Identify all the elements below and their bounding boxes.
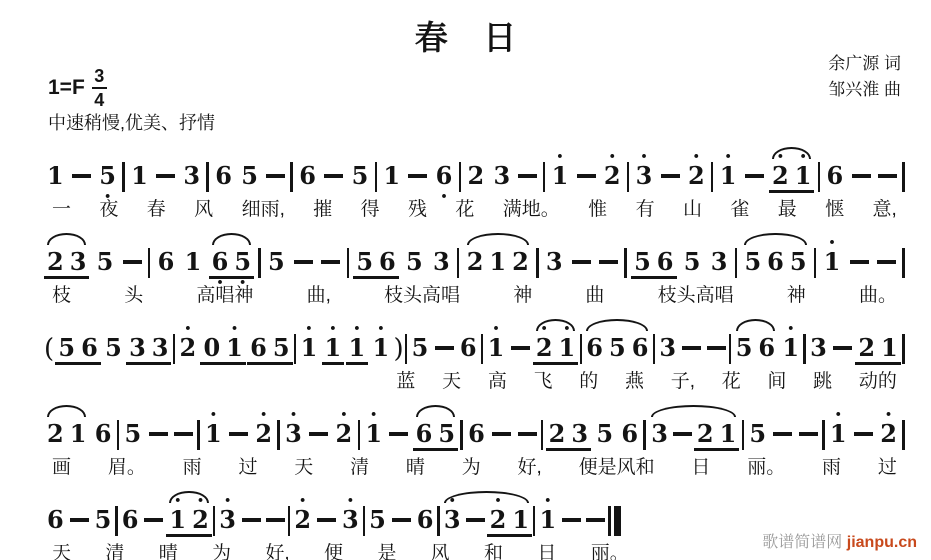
lyric-syllable: 花: [722, 371, 741, 393]
note: 2: [464, 248, 487, 276]
lyrics-row: 枝头高唱神曲,枝头高唱神曲枝头高唱神曲。: [44, 285, 905, 307]
dash-extension: [322, 162, 345, 190]
note: 5: [787, 248, 810, 276]
note-group: [490, 420, 513, 448]
note-group: 56: [55, 334, 100, 365]
dash-extension: [771, 420, 794, 448]
lyric-syllable: 天: [52, 543, 71, 560]
note-group: 5: [593, 420, 616, 448]
dash-extension: [68, 506, 91, 534]
note-group: 3: [656, 334, 679, 362]
note-group: 1•: [779, 334, 802, 362]
note: 5: [741, 248, 764, 276]
octave-dot-above: •: [252, 411, 275, 419]
note: 3: [656, 334, 679, 362]
lyric-syllable: 过: [238, 457, 257, 479]
lyric-syllable: 子,: [671, 371, 695, 393]
lyric-syllable: 有: [636, 199, 655, 221]
note-group: 1: [182, 248, 205, 276]
note: 5•: [231, 248, 254, 276]
beam-underline: 23: [44, 248, 89, 279]
note: 6: [92, 420, 115, 448]
note: 2•: [533, 334, 556, 362]
lyric-syllable: 间: [767, 371, 786, 393]
beam-underline: 01•: [200, 334, 245, 365]
lyric-syllable: 的: [579, 371, 598, 393]
note: 2: [855, 334, 878, 362]
note: 2•: [877, 420, 900, 448]
beam-underline: 56: [55, 334, 100, 365]
note-group: 6: [212, 162, 235, 190]
dash-extension: [154, 162, 177, 190]
slur-arc: [47, 233, 86, 245]
note-group: [516, 162, 539, 190]
watermark: 歌谱简谱网 jianpu.cn: [762, 529, 917, 552]
lyric-syllable: 过: [878, 457, 897, 479]
octave-dot-above: •: [166, 497, 189, 505]
note: 5: [403, 248, 426, 276]
note: 2•: [177, 334, 200, 362]
note-group: [852, 420, 875, 448]
note-group: 321: [648, 420, 739, 451]
barline: [711, 162, 714, 192]
lyric-syllable: 山: [683, 199, 702, 221]
note: 6: [654, 248, 677, 276]
note: 5: [270, 334, 293, 362]
final-barline-thin: [608, 506, 611, 536]
lyric-syllable: 枝头高唱: [384, 285, 460, 307]
lyric-syllable: 是: [377, 543, 396, 560]
dash-extension: [560, 506, 583, 534]
dash-extension: [121, 248, 144, 276]
lyric-syllable: 日: [537, 543, 556, 560]
note-group: 1•: [536, 506, 559, 534]
lyric-syllable: 雨: [822, 457, 841, 479]
note: 2•: [685, 162, 708, 190]
note-group: 3: [490, 162, 513, 190]
note-group: 3•: [282, 420, 305, 448]
lyric-syllable: 便是风和: [579, 457, 655, 479]
note-group: 5: [122, 420, 145, 448]
note-group: 3•: [339, 506, 362, 534]
note: 1: [44, 162, 67, 190]
barline: [206, 162, 209, 192]
barline: [481, 334, 484, 364]
note-group: 1•: [821, 248, 844, 276]
note: 3: [149, 334, 172, 362]
octave-dot-above: •: [332, 411, 355, 419]
key-label: 1=F: [48, 76, 85, 100]
note: 5: [746, 420, 769, 448]
note: 5: [631, 248, 654, 276]
note-group: [575, 162, 598, 190]
lyric-syllable: 惟: [588, 199, 607, 221]
note: 3: [543, 248, 566, 276]
lyric-syllable: 风: [194, 199, 213, 221]
lyric-syllable: 为: [212, 543, 231, 560]
notes-row: 235616•5•55653212356535651•: [44, 231, 905, 277]
octave-dot-above: •: [441, 497, 464, 505]
note: 1•: [536, 506, 559, 534]
lyric-syllable: 摧: [313, 199, 332, 221]
note-group: 5: [238, 162, 261, 190]
dash-extension: [848, 248, 871, 276]
note-group: 1•: [298, 334, 321, 362]
notes-row: 15•13656516•231•2•3•2•1•2•1•6: [44, 145, 905, 191]
note: 5: [238, 162, 261, 190]
dash-extension: [240, 506, 263, 534]
note: 5: [409, 334, 432, 362]
note-group: 3•2•1: [441, 506, 532, 537]
note-group: 1•: [549, 162, 572, 190]
octave-dot-above: •: [877, 411, 900, 419]
note-group: 6: [465, 420, 488, 448]
note-group: 6: [119, 506, 142, 534]
dash-extension: [264, 162, 287, 190]
note: 6: [824, 162, 847, 190]
note: 6•: [209, 248, 232, 276]
octave-dot-below: •: [433, 193, 456, 201]
note: 3•: [441, 506, 464, 537]
note: 6•: [433, 162, 456, 190]
octave-dot-above: •: [189, 497, 212, 505]
note: 2: [546, 420, 569, 448]
dash-extension: [850, 162, 873, 190]
final-barline: [608, 506, 621, 536]
score-subheader: 1=F 3 4 余广源 词 邹兴淮 曲: [0, 59, 931, 109]
note-group: 56: [353, 248, 398, 279]
note: 1: [486, 248, 509, 276]
note-group: [850, 162, 873, 190]
note-group: 6: [296, 162, 319, 190]
beam-underline: 56: [353, 248, 398, 279]
note-group: [509, 334, 532, 362]
parenthesis: (: [44, 334, 54, 364]
lyric-syllable: 天: [294, 457, 313, 479]
lyric-syllable: 画: [52, 457, 71, 479]
note-group: 2•: [252, 420, 275, 448]
lyric-syllable: 天: [442, 371, 461, 393]
note-group: [848, 248, 871, 276]
note-group: 5: [94, 248, 117, 276]
note: 1•: [827, 420, 850, 448]
octave-dot-above: •: [485, 325, 508, 333]
dash-extension: [292, 248, 315, 276]
beam-underline: 1•: [346, 334, 369, 365]
note-group: 212: [464, 248, 532, 276]
note: 6: [413, 420, 436, 448]
note: 2: [44, 420, 67, 448]
dash-extension: [597, 248, 620, 276]
note: 3•: [282, 420, 305, 448]
barline: [460, 420, 463, 450]
note-group: 5•: [96, 162, 119, 190]
note-group: 01•: [200, 334, 245, 365]
note-group: [831, 334, 854, 362]
song-title: 春 日: [0, 0, 931, 59]
lyric-syllable: 晴: [406, 457, 425, 479]
lyric-syllable: 好,: [518, 457, 542, 479]
note: 5: [681, 248, 704, 276]
barline: [213, 506, 216, 536]
barline: [115, 506, 118, 536]
lyric-syllable: 跳: [813, 371, 832, 393]
note: 0: [200, 334, 223, 362]
octave-dot-above: •: [298, 325, 321, 333]
parenthesis: ): [393, 334, 403, 364]
note-group: 56: [631, 248, 676, 279]
barline: [902, 420, 905, 450]
note: 1: [128, 162, 151, 190]
barline: [258, 248, 261, 278]
note: 6: [583, 334, 606, 362]
note-group: [319, 248, 342, 276]
lyric-syllable: 晴: [159, 543, 178, 560]
note: 2: [694, 420, 717, 448]
watermark-site-name: 歌谱简谱网: [762, 534, 842, 551]
lyrics-row: 一夜春风细雨,摧得残花满地。惟有山雀最惬意,: [44, 199, 905, 221]
barline: [729, 334, 732, 364]
note-group: 3: [430, 248, 453, 276]
note-group: 3•: [216, 506, 239, 534]
note-group: 65: [247, 334, 292, 365]
lyric-syllable: 满地。: [503, 199, 560, 221]
dash-extension: [319, 248, 342, 276]
note: 6: [78, 334, 101, 362]
note-group: [227, 420, 250, 448]
barline: [148, 248, 151, 278]
barline: [814, 248, 817, 278]
barline: [543, 162, 546, 192]
note-group: 3: [180, 162, 203, 190]
fraction-line: [92, 87, 107, 89]
beam-underline: 6•5•: [209, 248, 254, 279]
note-group: [142, 506, 165, 534]
dash-extension: [516, 420, 539, 448]
note: 2•: [601, 162, 624, 190]
octave-dot-above: •: [339, 497, 362, 505]
note: 1•: [779, 334, 802, 362]
octave-dot-above: •: [633, 153, 656, 161]
beam-underline: 33: [126, 334, 171, 365]
octave-dot-below: •: [231, 279, 254, 287]
note: 5: [606, 334, 629, 362]
final-barline-thick: [614, 506, 621, 536]
note-group: 565: [741, 248, 809, 276]
dash-extension: [509, 334, 532, 362]
slur-arc: [212, 233, 251, 245]
note-group: 6•5•: [209, 248, 254, 279]
note-group: 3: [807, 334, 830, 362]
note-group: [876, 162, 899, 190]
note: 3: [568, 420, 591, 448]
note-group: [390, 506, 413, 534]
note: 5: [353, 248, 376, 276]
note: 3•: [216, 506, 239, 534]
note-group: [264, 506, 287, 534]
lyric-syllable: 曲: [585, 285, 604, 307]
lyric-syllable: 神: [787, 285, 806, 307]
note-group: [154, 162, 177, 190]
lyric-syllable: 意,: [873, 199, 897, 221]
note-group: 3: [543, 248, 566, 276]
barline: [457, 248, 460, 278]
sheet-music-page: 春 日 1=F 3 4 余广源 词 邹兴淮 曲 中速稍慢,优美、抒情 15•13…: [0, 0, 931, 560]
beam-underline: 2•1•: [769, 162, 814, 193]
note-group: 6: [457, 334, 480, 362]
barline: [643, 420, 646, 450]
note-group: 65: [413, 420, 458, 451]
composer-credit: 邹兴淮 曲: [828, 77, 901, 103]
lyricist-credit: 余广源 词: [828, 51, 901, 77]
lyric-syllable: 好,: [265, 543, 289, 560]
note-group: [560, 506, 583, 534]
dash-extension: [142, 506, 165, 534]
octave-dot-above: •: [601, 153, 624, 161]
note-group: [68, 506, 91, 534]
note: 3: [648, 420, 671, 451]
beam-underline: 23: [546, 420, 591, 451]
note: 2•: [291, 506, 314, 534]
note-group: 1•2•: [166, 506, 211, 537]
note: 1: [509, 506, 532, 534]
barline: [363, 506, 366, 536]
note-group: 5: [681, 248, 704, 276]
octave-dot-above: •: [223, 325, 246, 333]
score-system-1: 15•13656516•231•2•3•2•1•2•1•6 一夜春风细雨,摧得残…: [44, 145, 905, 221]
dash-extension: [70, 162, 93, 190]
beam-underline: 65: [413, 420, 458, 451]
note: 5: [55, 334, 78, 362]
note-group: [315, 506, 338, 534]
lyric-syllable: 清: [350, 457, 369, 479]
note-group: 5: [366, 506, 389, 534]
lyric-syllable: 雨: [183, 457, 202, 479]
dash-extension: [875, 248, 898, 276]
octave-dot-above: •: [369, 325, 392, 333]
note-group: 2•: [332, 420, 355, 448]
note: 2: [509, 248, 532, 276]
barline: [290, 162, 293, 192]
lyrics-row: 天清晴为好,便是风和日丽。: [44, 543, 637, 560]
note: 6: [376, 248, 399, 276]
lyric-syllable: 眉。: [108, 457, 146, 479]
lyric-syllable: 为: [462, 457, 481, 479]
lyrics-row: 蓝天高飞的燕子,花间跳动的: [388, 371, 905, 393]
note: 2•: [487, 506, 510, 534]
note: 3: [126, 334, 149, 362]
note-group: 5: [102, 334, 125, 362]
note: 6: [629, 334, 652, 362]
octave-dot-below: •: [96, 193, 119, 201]
slur-arc: [736, 319, 775, 331]
note: 5: [102, 334, 125, 362]
note-group: [264, 162, 287, 190]
note: 1•: [202, 420, 225, 448]
note: 6: [247, 334, 270, 362]
dash-extension: [852, 420, 875, 448]
note-group: [875, 248, 898, 276]
note-group: [659, 162, 682, 190]
barline: [902, 334, 905, 364]
note: 5: [366, 506, 389, 534]
note: 3: [807, 334, 830, 362]
lyric-syllable: 最: [778, 199, 797, 221]
dash-extension: [680, 334, 703, 362]
time-signature-numerator: 3: [94, 67, 104, 85]
barline: [122, 162, 125, 192]
barline: [803, 334, 806, 364]
time-signature-denominator: 4: [94, 91, 104, 109]
note-group: 2•: [177, 334, 200, 362]
note-group: 6: [824, 162, 847, 190]
octave-dot-above: •: [177, 325, 200, 333]
note-group: 23: [546, 420, 591, 451]
lyric-syllable: 惬: [825, 199, 844, 221]
barline: [173, 334, 176, 364]
barline: [536, 248, 539, 278]
lyric-syllable: 飞: [534, 371, 553, 393]
slur-arc: [47, 405, 86, 417]
beam-underline: 56: [631, 248, 676, 279]
note-group: 1•: [369, 334, 392, 362]
note-group: 2•1•: [533, 334, 578, 365]
note: 6: [764, 248, 787, 276]
lyric-syllable: 枝头高唱: [658, 285, 734, 307]
notes-row: (565332•01•651•1•1•1•)561•2•1•6563561•32…: [44, 317, 905, 363]
slur-arc: [651, 405, 736, 417]
slur-arc: [586, 319, 648, 331]
barline: [624, 248, 627, 278]
note-group: 21: [44, 420, 89, 448]
octave-dot-above: •: [792, 153, 815, 161]
note: 2: [464, 162, 487, 190]
note-group: 5: [403, 248, 426, 276]
note-group: [240, 506, 263, 534]
note-group: [433, 334, 456, 362]
lyric-syllable: 清: [105, 543, 124, 560]
credits: 余广源 词 邹兴淮 曲: [828, 51, 901, 102]
note: 1•: [369, 334, 392, 362]
octave-dot-above: •: [282, 411, 305, 419]
note-group: 6: [618, 420, 641, 448]
dash-extension: [387, 420, 410, 448]
barline: [459, 162, 462, 192]
note-group: [292, 248, 315, 276]
note-group: 1: [44, 162, 67, 190]
note-group: 23: [44, 248, 89, 279]
note-group: 33: [126, 334, 171, 365]
note: 1: [182, 248, 205, 276]
barline: [541, 420, 544, 450]
slur-arc: [744, 233, 806, 245]
note: 3: [67, 248, 90, 276]
note: 3: [430, 248, 453, 276]
barline: [653, 334, 656, 364]
note-group: 2•: [601, 162, 624, 190]
note: 6: [457, 334, 480, 362]
note: 1•: [549, 162, 572, 190]
note-group: 1•: [362, 420, 385, 448]
note-group: 1•: [346, 334, 369, 365]
tempo-marking: 中速稍慢,优美、抒情: [0, 109, 931, 135]
note-group: 5: [409, 334, 432, 362]
barline: [533, 506, 536, 536]
barline: [818, 162, 821, 192]
lyric-syllable: 丽。: [747, 457, 785, 479]
note: 1•: [556, 334, 579, 362]
barline: [405, 334, 408, 364]
